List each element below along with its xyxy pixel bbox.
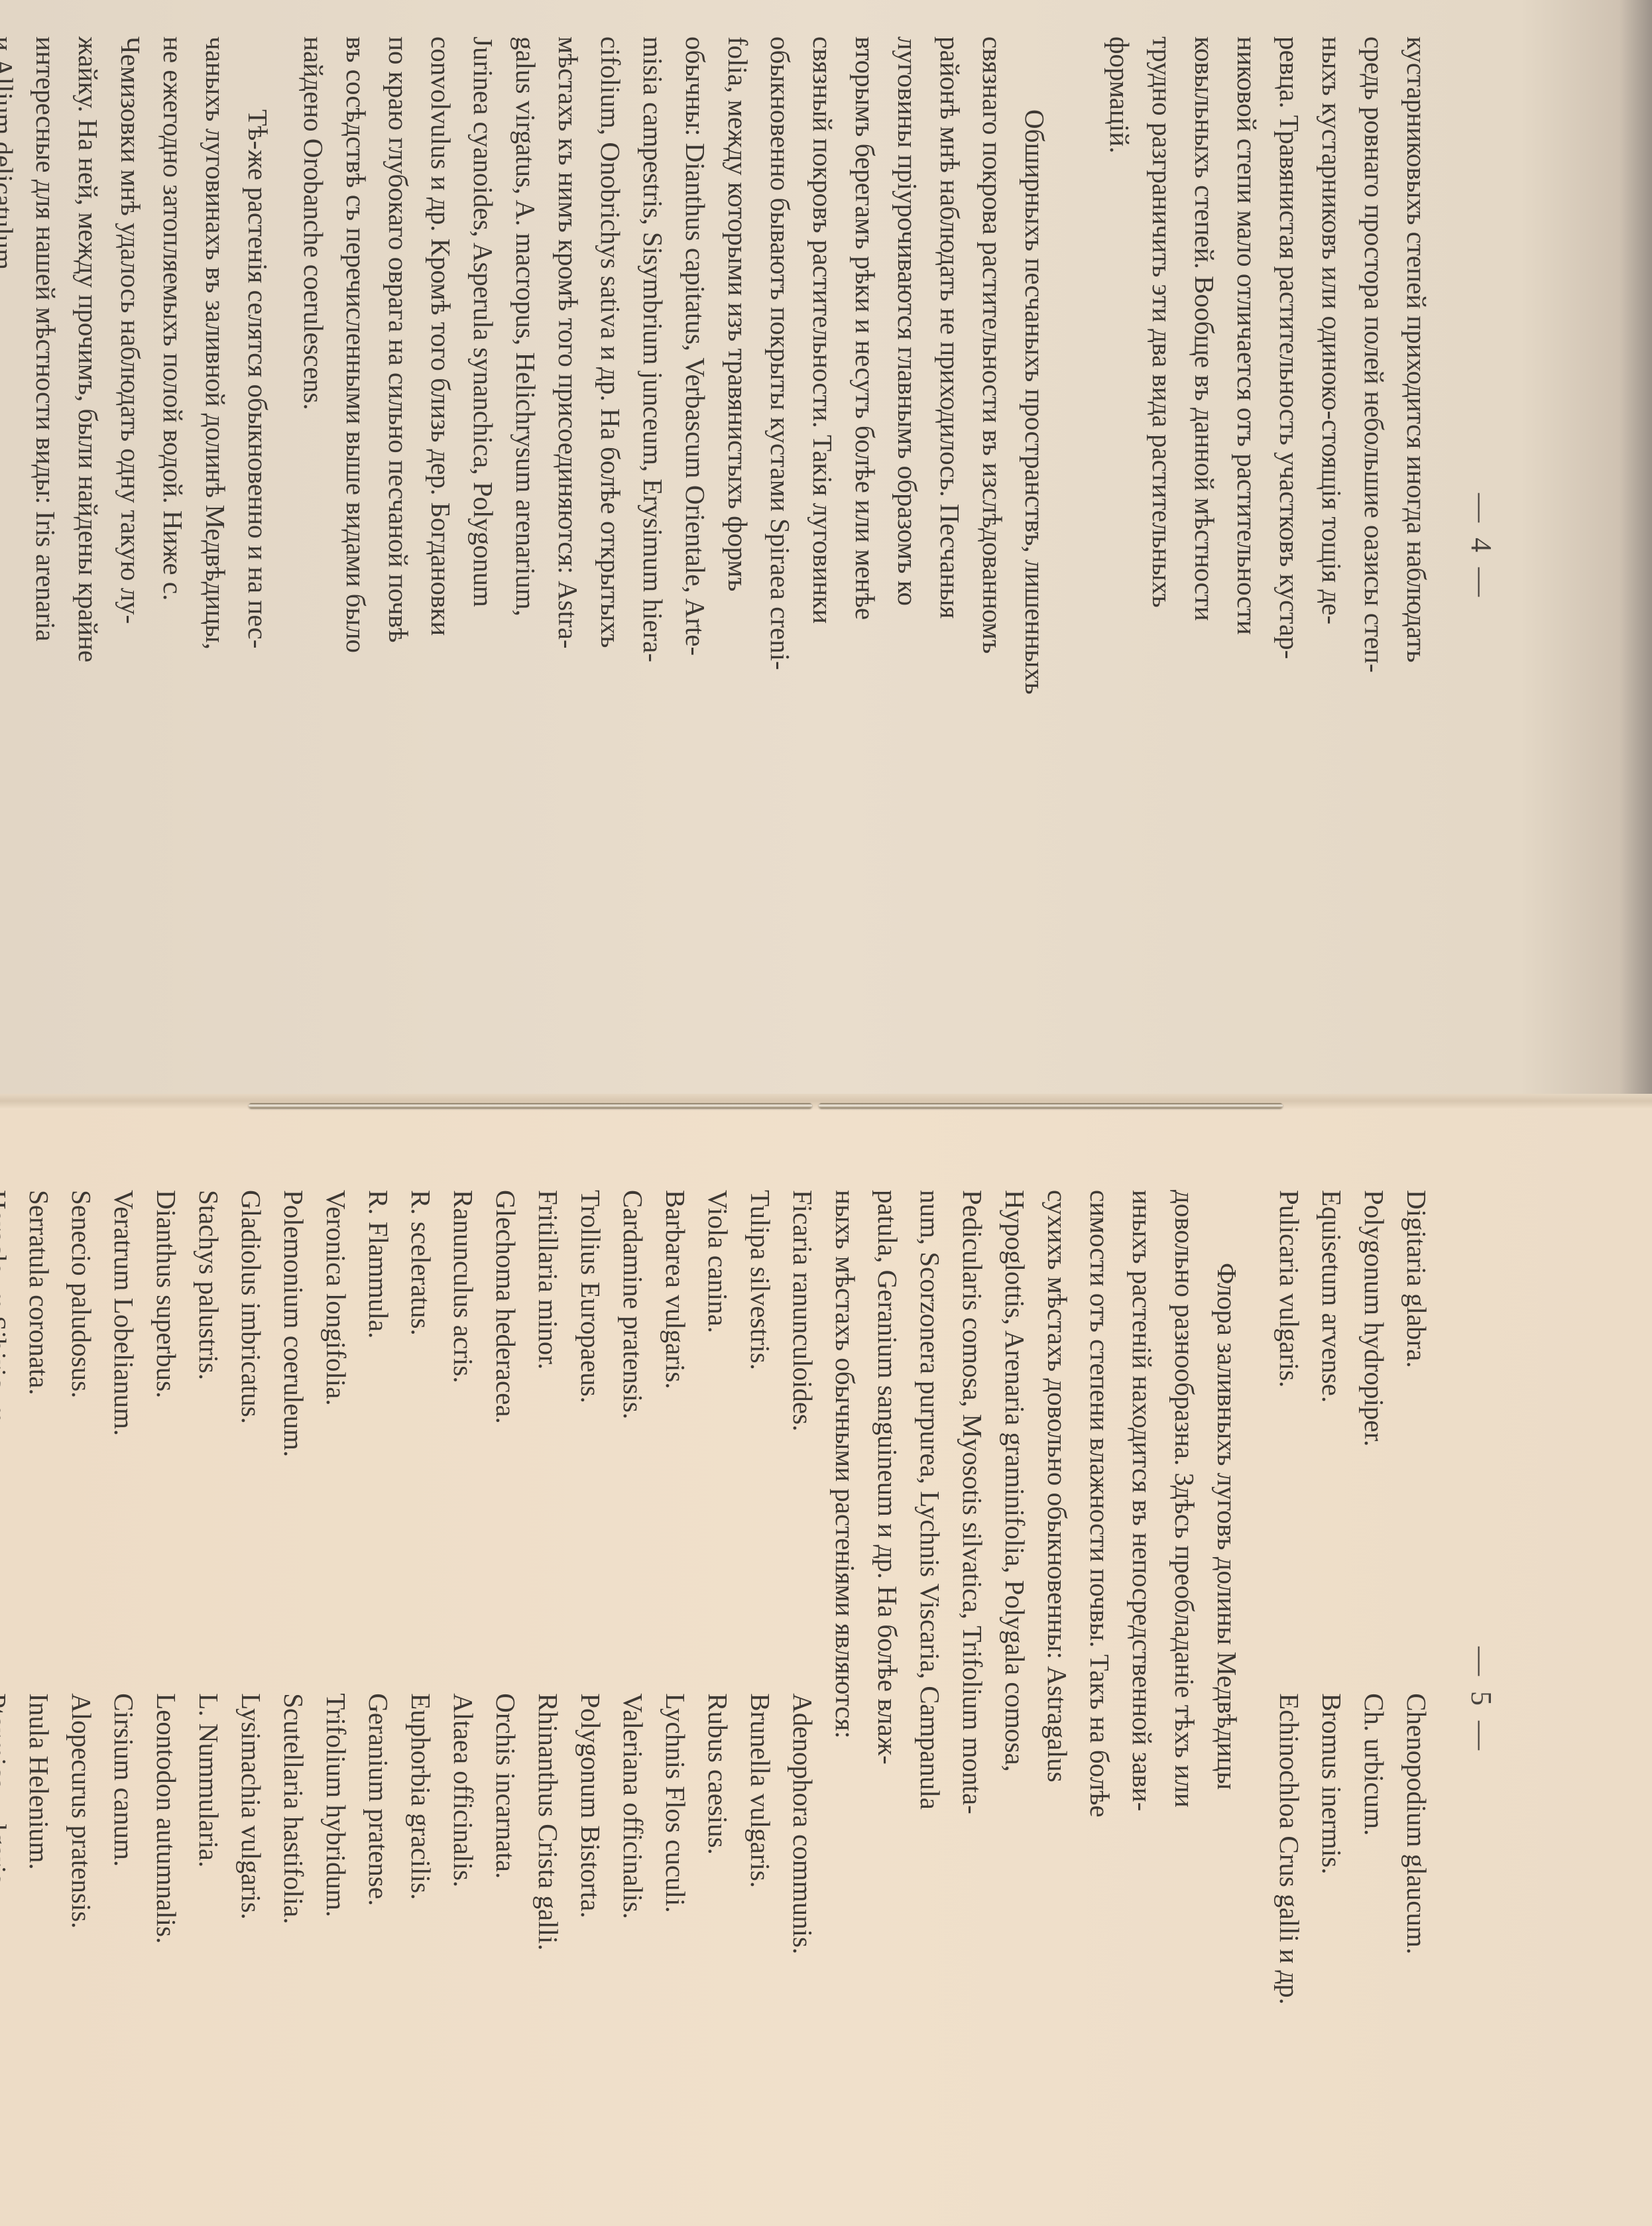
plant-name: Inula Helenium.	[18, 1680, 60, 2211]
text-line: формацій.	[1098, 36, 1141, 1057]
text-line: Чемизовки мнѣ удалось наблюдать одну так…	[109, 36, 152, 1057]
page-number: — 5 —	[1464, 1190, 1498, 2211]
plant-name: Echinochloa Crus galli и др.	[1268, 1680, 1311, 2211]
page-4: — 4 — кустарниковыхъ степей приходится и…	[53, 36, 1498, 1057]
plant-name: Rubus caesius.	[697, 1680, 739, 2211]
text-line: Тѣ-же растенія селятся обыкновенно и на …	[237, 36, 279, 1057]
text-line: patula, Geranium sanguineum и др. На бол…	[866, 1190, 909, 2211]
text-line: Jurinea cyanoides, Asperula synanchica, …	[462, 36, 504, 1057]
text-line: galus virgatus, A. macropus, Helichrysum…	[504, 36, 547, 1057]
plant-name: Stachys palustris.	[188, 1190, 230, 1680]
text-line: обыкновенно бываютъ покрыты кустами Spir…	[759, 36, 801, 1057]
staple-right	[819, 1103, 1283, 1108]
plant-name: Altaea officinalis.	[442, 1680, 485, 2211]
plant-name: Geranium pratense.	[357, 1680, 400, 2211]
text-line: вторымъ берегамъ рѣки и несутъ болѣе или…	[844, 36, 886, 1057]
plant-name: Dianthus superbus.	[145, 1190, 188, 1680]
text-line: Pedicularis comosa, Myosotis silvatica, …	[951, 1190, 994, 2211]
plant-name: Leontodon autumnalis.	[145, 1680, 188, 2211]
text-line: довольно разнообразна. Здѣсь преобладані…	[1163, 1190, 1206, 2211]
plant-name: Lychnis Flos cuculi.	[654, 1680, 697, 2211]
text-line: misia campestris, Sisymbrium junceum, Er…	[632, 36, 674, 1057]
text-line: кустарниковыхъ степей приходится иногда …	[1395, 36, 1438, 1057]
text-line: convolvulus и др. Кромѣ того близь дер. …	[420, 36, 462, 1057]
text-line: ковыльныхъ степей. Вообще въ данной мѣст…	[1183, 36, 1226, 1057]
plant-name: Pulicaria vulgaris.	[1268, 1190, 1311, 1680]
plant-name: Lysimachia vulgaris.	[230, 1680, 272, 2211]
plant-name: Senecio paludosus.	[60, 1190, 103, 1680]
text-line: мѣстахъ къ нимъ кромѣ того присоединяютс…	[547, 36, 589, 1057]
paragraph: Тѣ-же растенія селятся обыкновенно и на …	[0, 36, 279, 1057]
text-line: сухихъ мѣстахъ довольно обыкновенны: Ast…	[1036, 1190, 1079, 2211]
plant-name: Euphorbia gracilis.	[400, 1680, 442, 2211]
text-line: не ежегодно затопляемыхъ полой водой. Ни…	[152, 36, 194, 1057]
plant-name: Glechoma hederacea.	[485, 1190, 527, 1680]
plant-name: Cardamine pratensis.	[612, 1190, 654, 1680]
plant-name: Trifolium hybridum.	[315, 1680, 357, 2211]
page-4-body: кустарниковыхъ степей приходится иногда …	[0, 36, 1438, 1057]
plant-name: Polygonum Bistorta.	[569, 1680, 612, 2211]
plant-name: Serratula coronata.	[18, 1190, 60, 1680]
plant-name: Adenophora communis.	[782, 1680, 824, 2211]
plant-name: Bromus inermis.	[1311, 1680, 1353, 2211]
page-5: — 5 — Digitaria glabra. Chenopodium glau…	[53, 1190, 1498, 2211]
text-line: связный покровъ растительности. Такія лу…	[801, 36, 844, 1057]
plant-name: Orchis incarnata.	[485, 1680, 527, 2211]
text-line: и Allium delicatulum.	[0, 36, 25, 1057]
plant-name: Rhinanthus Crista galli.	[527, 1680, 569, 2211]
text-line: симости отъ степени влажности почвы. Так…	[1079, 1190, 1121, 2211]
plant-list: Ficaria ranunculoides.Adenophora communi…	[0, 1190, 824, 2211]
plant-name: Tulipa silvestris.	[739, 1190, 782, 1680]
plant-name: Ficaria ranunculoides.	[782, 1190, 824, 1680]
plant-name: Veronica longifolia.	[315, 1190, 357, 1680]
plant-name: R. sceleratus.	[400, 1190, 442, 1680]
text-line: Hypoglottis, Arenaria graminifolia, Poly…	[994, 1190, 1036, 2211]
text-line: Флора заливныхъ луговъ долины Медвѣдицы	[1206, 1190, 1248, 2211]
plant-name: Brunella vulgaris.	[739, 1680, 782, 2211]
plant-list: Digitaria glabra. Chenopodium glaucum. P…	[1268, 1190, 1438, 2211]
plant-name: Gladiolus imbricatus.	[230, 1190, 272, 1680]
paragraph: Обширныхъ песчаныхъ пространствъ, лишенн…	[292, 36, 1056, 1057]
plant-name: Heracleum Sibiricum.	[0, 1190, 18, 1680]
plant-name: Polemonium coeruleum.	[272, 1190, 315, 1680]
plant-name: Ranunculus acris.	[442, 1190, 485, 1680]
text-line: въ сосѣдствѣ съ перечисленными выше вида…	[335, 36, 377, 1057]
plant-name: Fritillaria minor.	[527, 1190, 569, 1680]
text-line: чаныхъ луговинахъ въ заливной долинѣ Мед…	[194, 36, 237, 1057]
text-line: обычны: Dianthus capitatus, Verbascum Or…	[674, 36, 717, 1057]
staple-left	[249, 1103, 812, 1108]
text-line: найдено Orobanche coerulescens.	[292, 36, 335, 1057]
plant-name: Trollius Europaeus.	[569, 1190, 612, 1680]
plant-name: Ptarmica vulgaris.	[0, 1680, 18, 2211]
text-line: ревца. Травянистая растительность участк…	[1268, 36, 1311, 1057]
plant-name: Ch. urbicum.	[1353, 1680, 1395, 2211]
text-line: средь ровнаго простора полей небольшие о…	[1353, 36, 1395, 1057]
text-line: луговины прiурочиваются главнымъ образом…	[886, 36, 929, 1057]
text-line: иныхъ растеній находится въ непосредстве…	[1121, 1190, 1163, 2211]
plant-name: Viola canina.	[697, 1190, 739, 1680]
page-number: — 4 —	[1464, 36, 1498, 1057]
plant-name: Valeriana officinalis.	[612, 1680, 654, 2211]
text-line: num, Scorzonera purpurea, Lychnis Viscar…	[909, 1190, 951, 2211]
plant-name: Digitaria glabra.	[1395, 1190, 1438, 1680]
text-line: связнаго покрова растительности въ изслѣ…	[971, 36, 1014, 1057]
paragraph: Флора заливныхъ луговъ долины Медвѣдицы …	[824, 1190, 1248, 2211]
page-5-body: Digitaria glabra. Chenopodium glaucum. P…	[0, 1190, 1438, 2211]
plant-name: Equisetum arvense.	[1311, 1190, 1353, 1680]
plant-name: Cirsium canum.	[103, 1680, 145, 2211]
plant-name: Chenopodium glaucum.	[1395, 1680, 1438, 2211]
text-line: Обширныхъ песчаныхъ пространствъ, лишенн…	[1014, 36, 1056, 1057]
text-line: cifolium, Onobrichys sativa и др. На бол…	[589, 36, 632, 1057]
text-line: районѣ мнѣ наблюдать не приходилось. Пес…	[929, 36, 971, 1057]
plant-name: Polygonum hydropiper.	[1353, 1190, 1395, 1680]
text-line: folia, между которыми изъ травянистыхъ ф…	[717, 36, 759, 1057]
text-line: никовой степи мало отличается отъ растит…	[1226, 36, 1268, 1057]
plant-name: R. Flammula.	[357, 1190, 400, 1680]
text-line: жайку. На ней, между прочимъ, были найде…	[67, 36, 109, 1057]
plant-name: Veratrum Lobelianum.	[103, 1190, 145, 1680]
text-line: ныхъ кустарниковъ или одиноко-стоящія то…	[1311, 36, 1353, 1057]
text-line: по краю глубокаго оврага на сильно песча…	[377, 36, 420, 1057]
plant-name: Scutellaria hastifolia.	[272, 1680, 315, 2211]
paragraph: кустарниковыхъ степей приходится иногда …	[1098, 36, 1438, 1057]
text-line: трудно разграничить эти два вида растите…	[1141, 36, 1183, 1057]
text-line: ныхъ мѣстахъ обычными растеніями являютс…	[824, 1190, 866, 2211]
plant-name: L. Nummularia.	[188, 1680, 230, 2211]
text-line: интересные для нашей мѣстности виды: Iri…	[25, 36, 67, 1057]
plant-name: Alopecurus pratensis.	[60, 1680, 103, 2211]
plant-name: Barbarea vulgaris.	[654, 1190, 697, 1680]
